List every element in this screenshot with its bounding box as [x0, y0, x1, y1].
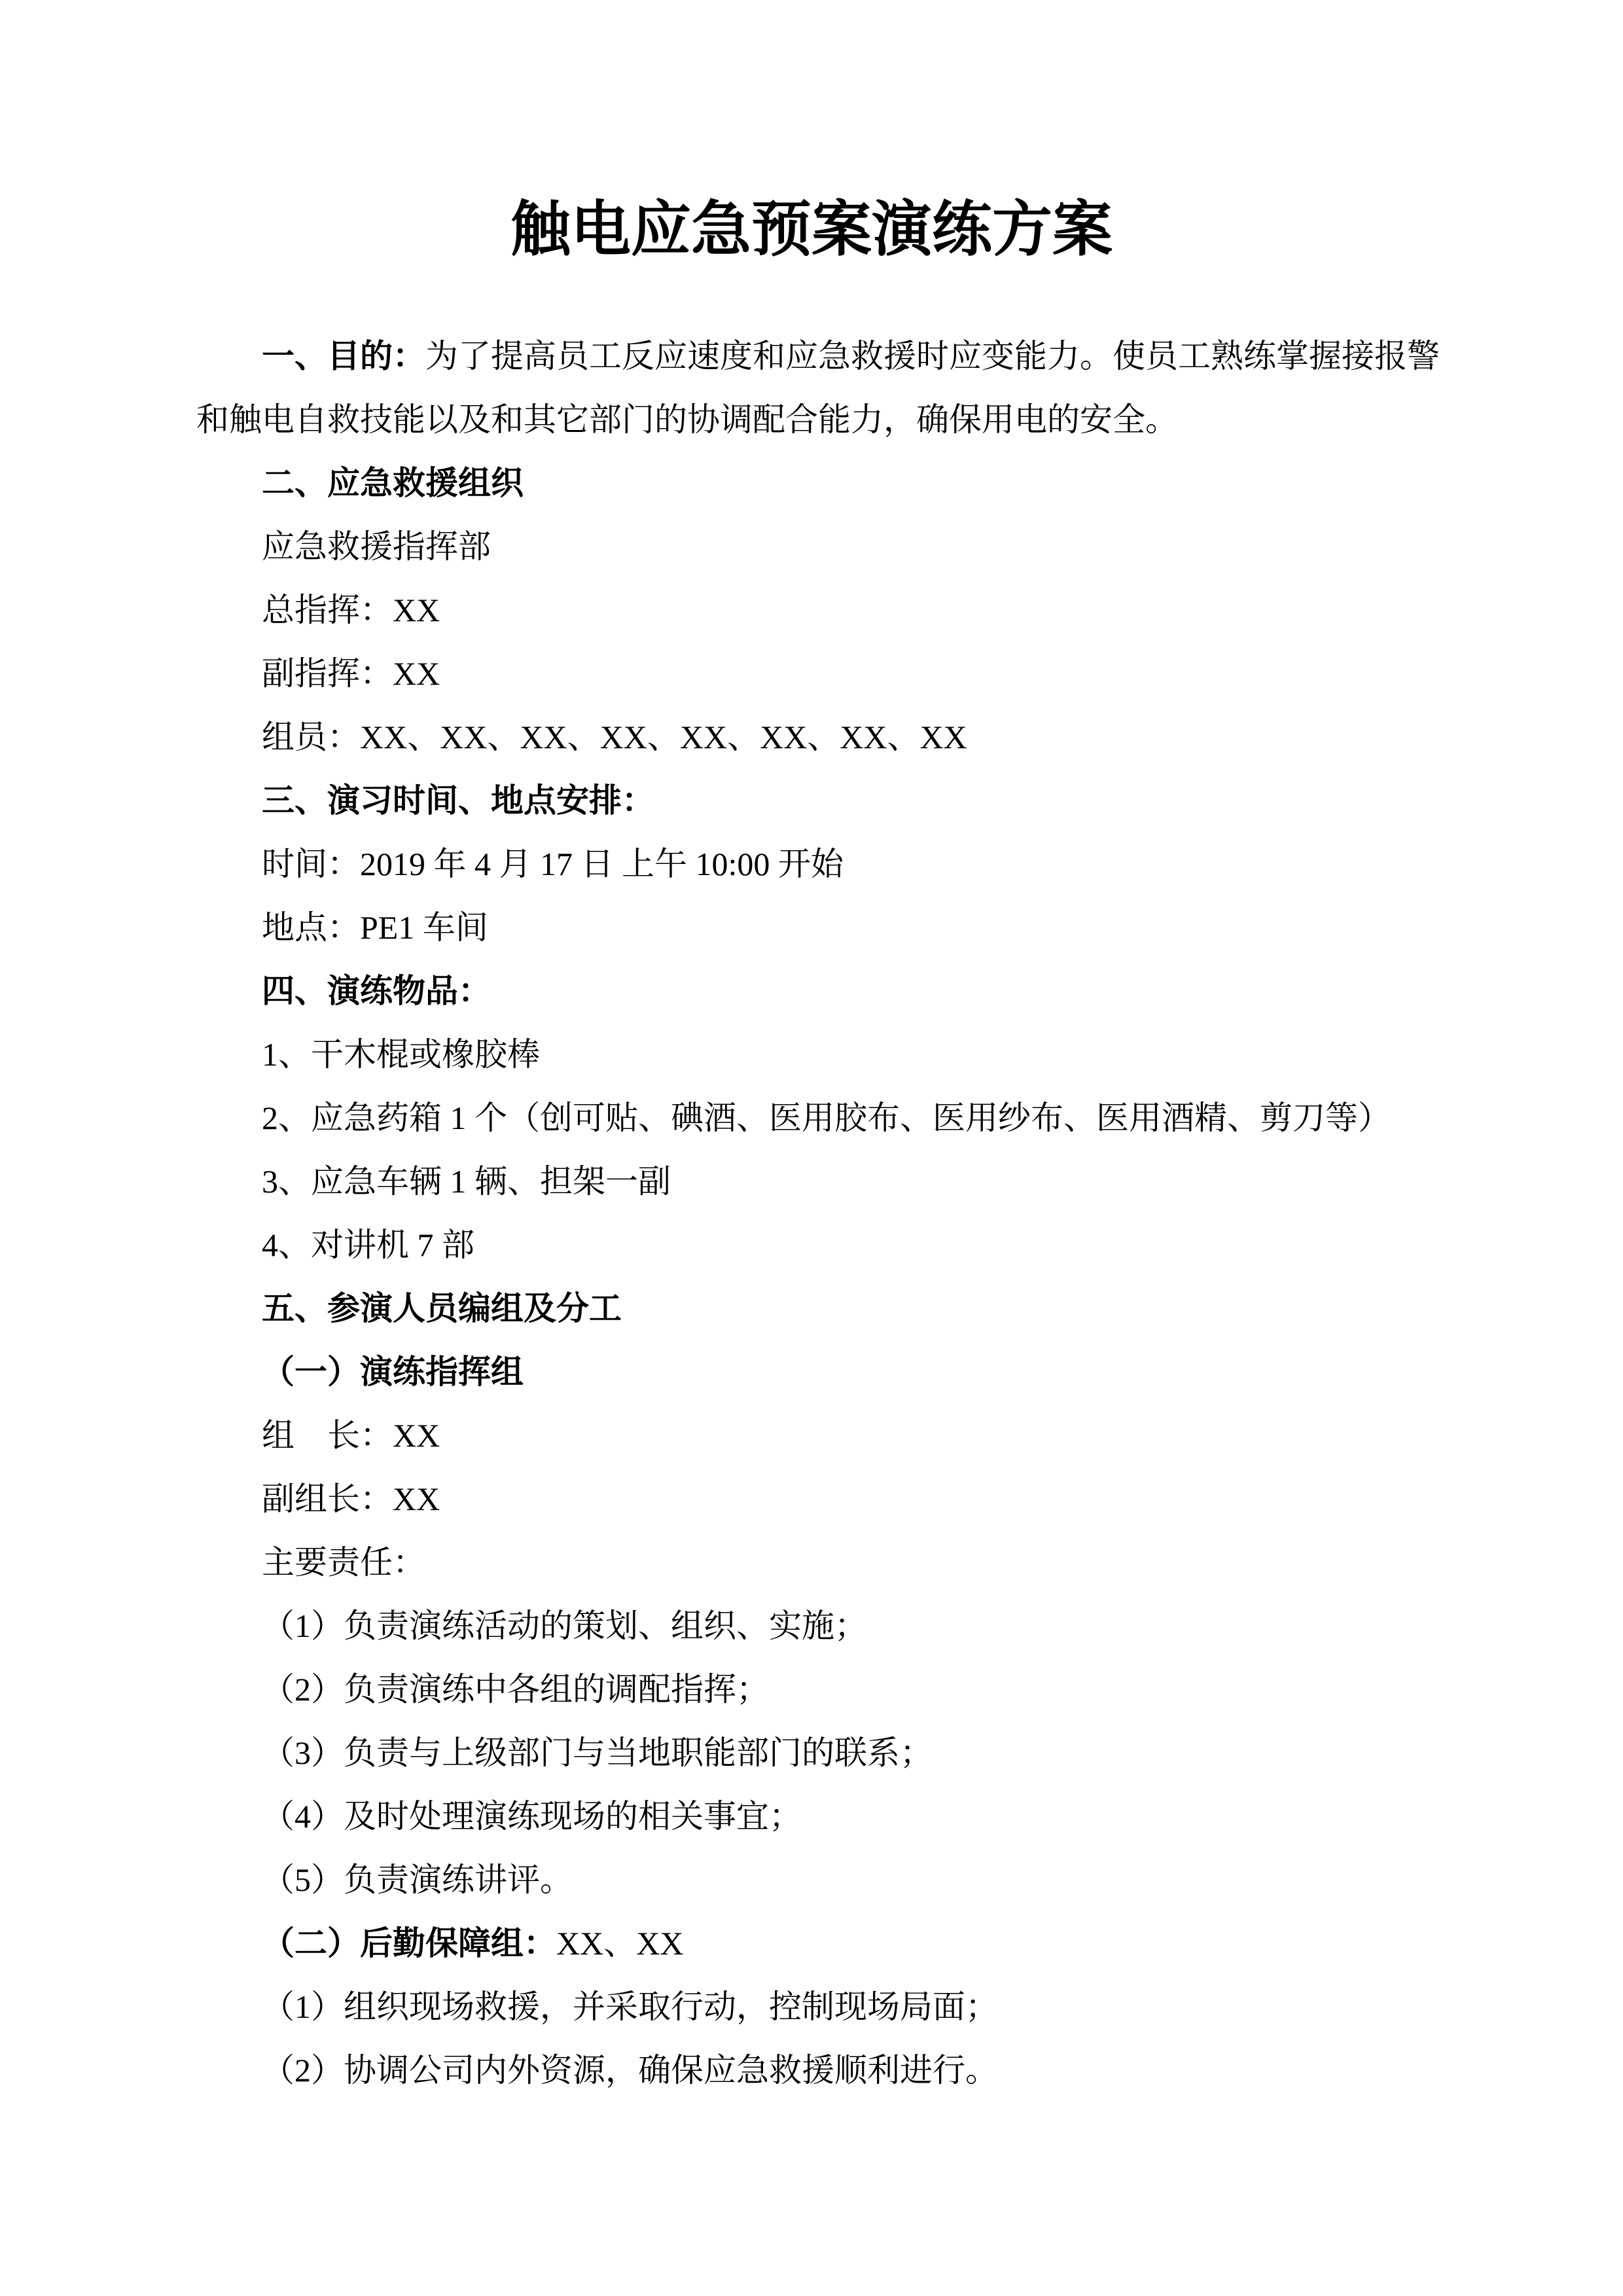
document-page: 触电应急预案演练方案 一、目的：为了提高员工反应速度和应急救援时应变能力。使员工… — [0, 0, 1623, 2296]
text-segment: （2）负责演练中各组的调配指挥； — [262, 1671, 769, 1708]
section-heading: 二、应急救援组织 — [196, 452, 1440, 515]
text-segment: （1）组织现场救援，并采取行动，控制现场局面； — [262, 1988, 998, 2025]
text-segment: 3、应急车辆 1 辆、担架一副 — [262, 1163, 671, 1200]
text-segment: 2、应急药箱 1 个（创可贴、碘酒、医用胶布、医用纱布、医用酒精、剪刀等） — [262, 1100, 1391, 1136]
section-heading: 五、参演人员编组及分工 — [196, 1277, 1440, 1340]
paragraph-line: 组 长：XX — [196, 1404, 1440, 1467]
section-heading: （一）演练指挥组 — [196, 1340, 1440, 1404]
text-segment: 地点：PE1 车间 — [262, 909, 488, 946]
paragraph-line: 4、对讲机 7 部 — [196, 1213, 1440, 1277]
text-segment: （3）负责与上级部门与当地职能部门的联系； — [262, 1734, 933, 1771]
paragraph-line: 时间：2019 年 4 月 17 日 上午 10:00 开始 — [196, 833, 1440, 896]
text-segment: （二）后勤保障组： — [262, 1925, 556, 1962]
paragraph-line: （3）负责与上级部门与当地职能部门的联系； — [196, 1721, 1440, 1785]
paragraph-line: 和触电自救技能以及和其它部门的协调配合能力，确保用电的安全。 — [196, 388, 1440, 452]
text-segment: 一、目的： — [262, 338, 425, 374]
paragraph-line: 主要责任： — [196, 1531, 1440, 1594]
section-heading: 四、演练物品： — [196, 960, 1440, 1023]
text-segment: 五、参演人员编组及分工 — [262, 1290, 622, 1327]
text-segment: 二、应急救援组织 — [262, 465, 524, 501]
text-segment: 四、演练物品： — [262, 973, 491, 1009]
text-segment: 组 长：XX — [262, 1417, 440, 1454]
text-segment: 三、演习时间、地点安排： — [262, 782, 654, 819]
paragraph-line: 1、干木棍或橡胶棒 — [196, 1023, 1440, 1086]
text-segment: 为了提高员工反应速度和应急救援时应变能力。使员工熟练掌握接报警 — [425, 338, 1440, 374]
text-segment: XX、XX — [556, 1925, 683, 1962]
paragraph-line: （5）负责演练讲评。 — [196, 1848, 1440, 1912]
paragraph-line: 组员：XX、XX、XX、XX、XX、XX、XX、XX — [196, 706, 1440, 769]
paragraph-line: （1）组织现场救援，并采取行动，控制现场局面； — [196, 1975, 1440, 2039]
document-body: 一、目的：为了提高员工反应速度和应急救援时应变能力。使员工熟练掌握接报警和触电自… — [0, 325, 1623, 2102]
section-heading: 三、演习时间、地点安排： — [196, 769, 1440, 833]
paragraph-line: （2）负责演练中各组的调配指挥； — [196, 1658, 1440, 1721]
paragraph-line: （1）负责演练活动的策划、组织、实施； — [196, 1594, 1440, 1658]
text-segment: 应急救援指挥部 — [262, 528, 491, 565]
text-segment: （5）负责演练讲评。 — [262, 1861, 573, 1898]
text-segment: 主要责任： — [262, 1544, 425, 1581]
text-segment: 副组长：XX — [262, 1480, 440, 1517]
paragraph-line: 总指挥：XX — [196, 579, 1440, 642]
paragraph-line: （4）及时处理演练现场的相关事宜； — [196, 1785, 1440, 1848]
paragraph-line: 3、应急车辆 1 辆、担架一副 — [196, 1150, 1440, 1213]
paragraph-line: 副指挥：XX — [196, 642, 1440, 706]
paragraph-line: （二）后勤保障组：XX、XX — [196, 1912, 1440, 1975]
text-segment: （一）演练指挥组 — [262, 1354, 524, 1390]
paragraph-line: 副组长：XX — [196, 1467, 1440, 1531]
text-segment: （4）及时处理演练现场的相关事宜； — [262, 1798, 802, 1835]
paragraph-line: 地点：PE1 车间 — [196, 896, 1440, 960]
text-segment: （2）协调公司内外资源，确保应急救援顺利进行。 — [262, 2052, 998, 2089]
paragraph-line: （2）协调公司内外资源，确保应急救援顺利进行。 — [196, 2039, 1440, 2102]
paragraph-line: 一、目的：为了提高员工反应速度和应急救援时应变能力。使员工熟练掌握接报警 — [196, 325, 1440, 388]
text-segment: 时间：2019 年 4 月 17 日 上午 10:00 开始 — [262, 846, 844, 882]
paragraph-line: 2、应急药箱 1 个（创可贴、碘酒、医用胶布、医用纱布、医用酒精、剪刀等） — [196, 1086, 1440, 1150]
text-segment: 总指挥：XX — [262, 592, 440, 628]
text-segment: 副指挥：XX — [262, 655, 440, 692]
paragraph-line: 应急救援指挥部 — [196, 515, 1440, 579]
document-title: 触电应急预案演练方案 — [0, 0, 1623, 266]
text-segment: 组员：XX、XX、XX、XX、XX、XX、XX、XX — [262, 719, 967, 755]
text-segment: 4、对讲机 7 部 — [262, 1227, 474, 1263]
text-segment: （1）负责演练活动的策划、组织、实施； — [262, 1607, 867, 1644]
text-segment: 1、干木棍或橡胶棒 — [262, 1036, 540, 1073]
text-segment: 和触电自救技能以及和其它部门的协调配合能力，确保用电的安全。 — [196, 401, 1178, 438]
